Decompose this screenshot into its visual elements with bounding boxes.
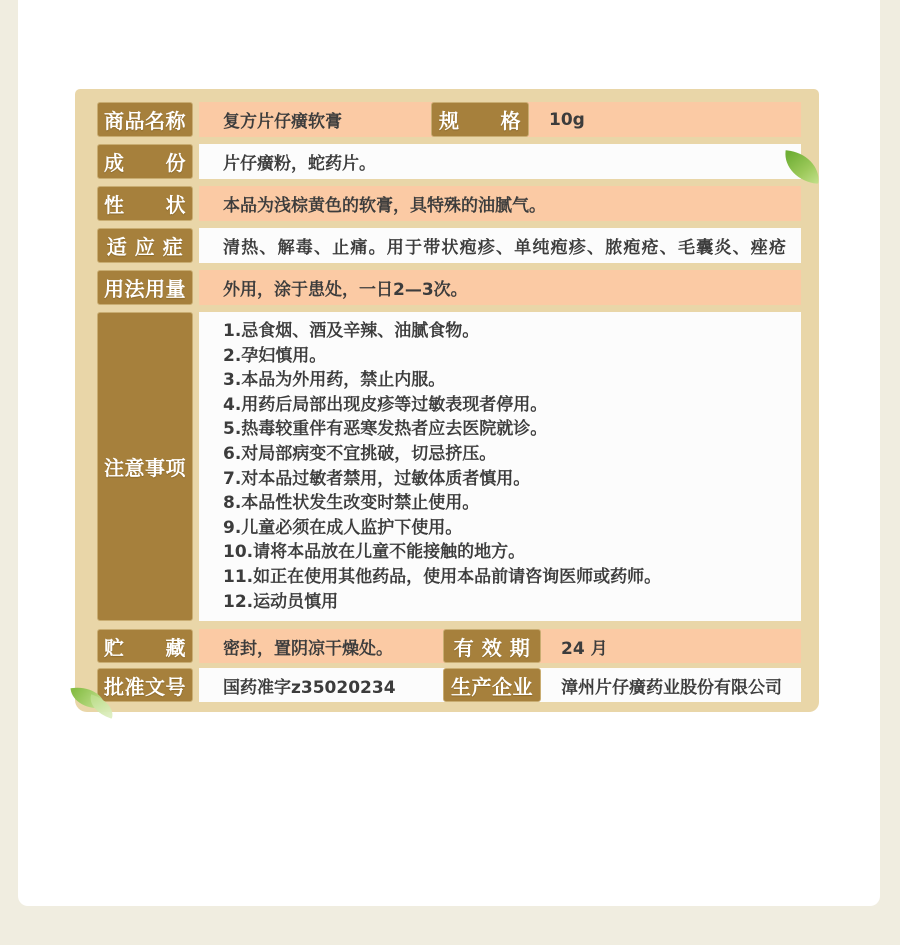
precaution-item-4: 4.用药后局部出现皮疹等过敏表现者停用。: [223, 393, 801, 418]
page: { "table": { "rows": [ { "label": "商品名称"…: [0, 0, 900, 945]
value-approval-number: 国药准字z35020234: [199, 673, 443, 698]
precaution-item-6: 6.对局部病变不宜挑破，切忌挤压。: [223, 442, 801, 467]
cell-indications: 清热、解毒、止痛。用于带状疱疹、单纯疱疹、脓疱疮、毛囊炎、痤疮: [199, 228, 801, 263]
product-spec-table: 商品名称 复方片仔癀软膏 规 格 10g 成 份 片仔癀粉，蛇药片。 性 状: [75, 89, 819, 712]
precaution-item-10: 10.请将本品放在儿童不能接触的地方。: [223, 540, 801, 565]
label-indications: 适 应 症: [97, 228, 193, 263]
value-product-name: 复方片仔癀软膏: [199, 107, 431, 132]
precaution-item-9: 9.儿童必须在成人监护下使用。: [223, 516, 801, 541]
value-ingredients: 片仔癀粉，蛇药片。: [199, 149, 376, 174]
row-dosage: 用法用量 外用，涂于患处，一日2—3次。: [97, 270, 801, 305]
label-dosage: 用法用量: [97, 270, 193, 305]
label-properties: 性 状: [97, 186, 193, 221]
cell-ingredients: 片仔癀粉，蛇药片。: [199, 144, 801, 179]
cell-precautions: 1.忌食烟、酒及辛辣、油腻食物。 2.孕妇慎用。 3.本品为外用药，禁止内服。 …: [199, 312, 801, 621]
cell-storage: 密封，置阴凉干燥处。 有 效 期 24 月: [199, 629, 801, 663]
precaution-item-11: 11.如正在使用其他药品，使用本品前请咨询医师或药师。: [223, 565, 801, 590]
precaution-item-12: 12.运动员慎用: [223, 590, 801, 615]
label-spec: 规 格: [431, 102, 529, 137]
row-indications: 适 应 症 清热、解毒、止痛。用于带状疱疹、单纯疱疹、脓疱疮、毛囊炎、痤疮: [97, 228, 801, 263]
row-ingredients: 成 份 片仔癀粉，蛇药片。: [97, 144, 801, 179]
cell-properties: 本品为浅棕黄色的软膏，具特殊的油腻气。: [199, 186, 801, 221]
spec-rows: 商品名称 复方片仔癀软膏 规 格 10g 成 份 片仔癀粉，蛇药片。 性 状: [97, 102, 801, 702]
precaution-item-8: 8.本品性状发生改变时禁止使用。: [223, 491, 801, 516]
row-product-name: 商品名称 复方片仔癀软膏 规 格 10g: [97, 102, 801, 137]
label-storage: 贮 藏: [97, 629, 193, 663]
label-manufacturer: 生产企业: [443, 668, 541, 702]
cell-product-name: 复方片仔癀软膏 规 格 10g: [199, 102, 801, 137]
cell-dosage: 外用，涂于患处，一日2—3次。: [199, 270, 801, 305]
value-indications: 清热、解毒、止痛。用于带状疱疹、单纯疱疹、脓疱疮、毛囊炎、痤疮: [199, 233, 787, 258]
row-precautions: 注意事项 1.忌食烟、酒及辛辣、油腻食物。 2.孕妇慎用。 3.本品为外用药，禁…: [97, 312, 801, 621]
row-properties: 性 状 本品为浅棕黄色的软膏，具特殊的油腻气。: [97, 186, 801, 221]
label-approval-number: 批准文号: [97, 668, 193, 702]
label-validity: 有 效 期: [443, 629, 541, 663]
value-storage: 密封，置阴凉干燥处。: [199, 634, 443, 659]
label-product-name: 商品名称: [97, 102, 193, 137]
value-validity: 24 月: [541, 634, 608, 659]
precaution-item-7: 7.对本品过敏者禁用，过敏体质者慎用。: [223, 467, 801, 492]
value-spec: 10g: [529, 110, 585, 130]
row-storage: 贮 藏 密封，置阴凉干燥处。 有 效 期 24 月: [97, 629, 801, 663]
content-sheet: 商品名称 复方片仔癀软膏 规 格 10g 成 份 片仔癀粉，蛇药片。 性 状: [18, 0, 880, 906]
precaution-item-5: 5.热毒较重伴有恶寒发热者应去医院就诊。: [223, 417, 801, 442]
precaution-item-1: 1.忌食烟、酒及辛辣、油腻食物。: [223, 319, 801, 344]
value-manufacturer: 漳州片仔癀药业股份有限公司: [541, 673, 782, 698]
cell-approval: 国药准字z35020234 生产企业 漳州片仔癀药业股份有限公司: [199, 668, 801, 702]
precaution-item-2: 2.孕妇慎用。: [223, 344, 801, 369]
row-approval: 批准文号 国药准字z35020234 生产企业 漳州片仔癀药业股份有限公司: [97, 668, 801, 702]
value-properties: 本品为浅棕黄色的软膏，具特殊的油腻气。: [199, 191, 546, 216]
label-ingredients: 成 份: [97, 144, 193, 179]
value-dosage: 外用，涂于患处，一日2—3次。: [199, 275, 468, 300]
label-precautions: 注意事项: [97, 312, 193, 621]
precaution-item-3: 3.本品为外用药，禁止内服。: [223, 368, 801, 393]
